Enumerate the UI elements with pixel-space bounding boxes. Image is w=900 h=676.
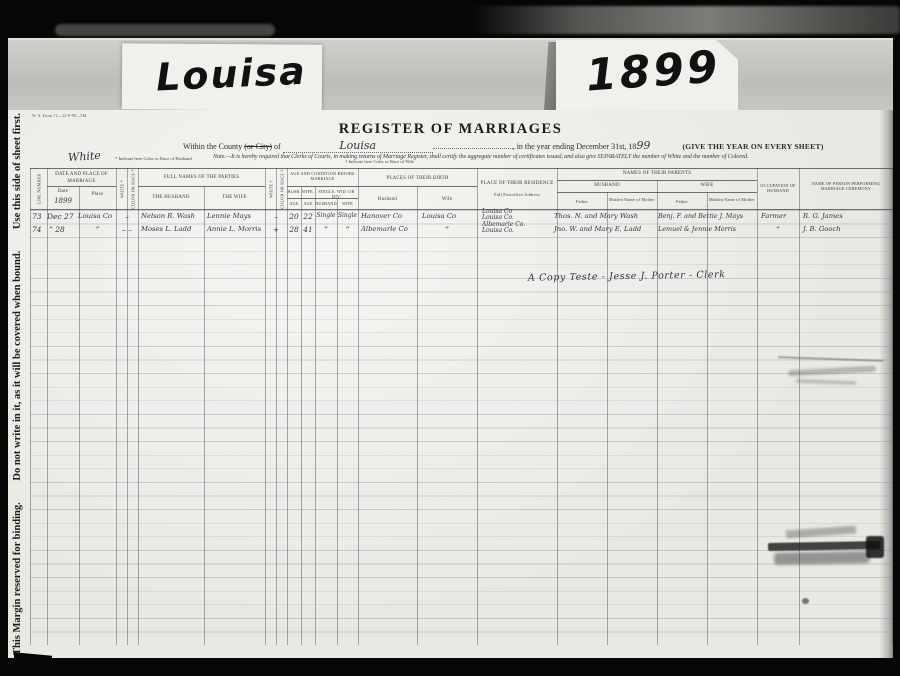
row2-line-no: 74 — [32, 225, 42, 234]
clerk-instruction-note: Note.—It is hereby required that Clerks … — [213, 153, 813, 160]
row1-birth-h: Hanover Co — [361, 212, 402, 220]
row2-date: ” 28 — [49, 225, 65, 234]
row1-cond-h: Single — [315, 212, 337, 219]
grid-vline — [417, 186, 418, 645]
row1-line-no: 73 — [32, 212, 42, 221]
col-race-husband: Color or Race * — [127, 168, 138, 210]
col-line-number: Line Number — [30, 168, 47, 210]
grid-vline — [892, 168, 893, 645]
col-residence-sub: Full Postoffice Address — [477, 192, 557, 198]
tab-strip: Louisa 1899 — [8, 38, 893, 112]
col-mother-w: Maiden Name of Mother — [707, 197, 757, 202]
grid-vline — [204, 186, 205, 645]
film-streak — [55, 24, 275, 36]
grid-vline — [799, 168, 800, 645]
page-title: REGISTER OF MARRIAGES — [8, 121, 893, 138]
grid-vline — [607, 192, 608, 645]
county-line-middle: , in the year ending December 31st, 18 — [513, 142, 637, 151]
row1-husband: Nelson R. Wash — [141, 212, 195, 220]
county-label-text: Louisa — [155, 49, 308, 100]
row2-age-h: 28 — [287, 225, 301, 234]
county-line-of: of — [274, 142, 281, 151]
row2-mark-husband: – – — [116, 225, 138, 234]
row1-cond-w: Single — [337, 212, 358, 219]
row2-cond-h: ” — [315, 225, 337, 234]
col-age-condition: Age and Condition before Marriage — [287, 171, 358, 182]
row1-occupation: Farmer — [761, 212, 786, 220]
film-streak — [470, 6, 900, 34]
col-residence: Place of Their Residence — [477, 181, 557, 188]
col-father-h: Father — [557, 199, 607, 204]
grid-vline — [315, 186, 316, 645]
county-line-struck: (or City) — [244, 142, 272, 151]
col-father-w: Father — [657, 199, 707, 204]
row2-performer: J. B. Gooch — [803, 225, 841, 233]
row1-mark-husband: – — [116, 212, 138, 221]
row1-mark-wife: – — [265, 212, 287, 221]
county-line-suffix: (GIVE THE YEAR ON EVERY SHEET) — [682, 142, 823, 151]
county-fill-line: Within the County (or City) of Louisa, i… — [183, 139, 824, 153]
ink-blot — [866, 536, 884, 558]
margin-note-part2: Do not write in it, as it will be covere… — [12, 251, 23, 481]
row1-age-h: 20 — [287, 212, 301, 221]
row1-place: Louisa Co — [78, 212, 112, 220]
row1-age-w: 22 — [301, 212, 315, 221]
grid-hline — [287, 186, 358, 187]
race-annotation-handwritten: White — [68, 149, 102, 164]
row2-birth-h: Albemarle Co — [361, 225, 408, 233]
col-white-husband: White * — [116, 168, 127, 210]
grid-hline — [358, 186, 477, 187]
grid-vline — [757, 168, 758, 645]
grid-vline — [265, 168, 266, 645]
binding-margin-note: This Margin reserved for binding. Do not… — [10, 113, 25, 655]
row2-wife: Annie L. Morris — [207, 225, 261, 233]
row2-parents-h: Jno. W. and Mary E. Ladd — [554, 225, 641, 233]
grid-vline — [657, 180, 658, 645]
grid-vline — [337, 198, 338, 645]
margin-note-part3: Use this side of sheet first. — [12, 113, 23, 229]
col-place: Place — [79, 192, 116, 199]
col-parents: Names of Their Parents — [557, 171, 757, 178]
row1-wife: Lennie Mays — [207, 212, 251, 220]
margin-note-part1: This Margin reserved for binding. — [12, 502, 23, 655]
col-parents-wife: Wife — [657, 183, 757, 190]
ruled-body — [30, 210, 893, 645]
col-wife-abbr: Wife. — [301, 189, 315, 194]
col-birth: Places of Their Birth — [358, 176, 477, 183]
col-mother-h: Maiden Name of Mother — [607, 197, 657, 202]
footnote-husband: * Indicate here Color or Race of Husband — [115, 156, 192, 161]
row2-birth-w: ” — [417, 225, 477, 234]
row2-cond-w: ” — [337, 225, 358, 234]
grid-vline — [287, 168, 288, 645]
grid-hline — [30, 209, 893, 210]
row1-parents-h: Thos. N. and Mary Wash — [554, 212, 638, 220]
grid-hline — [138, 186, 265, 187]
grid-vline — [707, 192, 708, 645]
col-white-wife: White † — [265, 168, 276, 210]
year-label-text: 1899 — [584, 41, 722, 101]
row2-place: ” — [79, 225, 116, 234]
grid-vline — [276, 168, 277, 645]
grid-vline — [116, 168, 117, 645]
col-age-husband: Age — [287, 201, 301, 206]
col-age-wife: Age — [301, 201, 315, 206]
year-handwritten: 99 — [636, 139, 650, 152]
row2-husband: Moses L. Ladd — [141, 225, 191, 233]
ink-blot — [774, 551, 870, 565]
col-performer: Name of Person Performing Marriage Cerem… — [799, 181, 893, 192]
grid-vline — [127, 168, 128, 645]
grid-hline — [557, 192, 757, 193]
row1-birth-w: Louisa Co — [422, 212, 456, 220]
date-year-handwritten: 1899 — [47, 197, 79, 205]
row1-date: Dec 27 — [47, 212, 74, 221]
col-full-names: Full Names of the Parties — [138, 175, 265, 182]
col-date-place: Date and Place of Marriage — [47, 172, 116, 185]
ink-dot — [802, 598, 809, 604]
grid-hline — [47, 186, 116, 187]
col-husband-name: The Husband — [138, 195, 204, 202]
col-birth-husband: Husband — [358, 197, 417, 204]
grid-hline — [557, 180, 757, 181]
col-birth-wife: Wife — [417, 197, 477, 204]
county-handwritten: Louisa — [339, 139, 376, 152]
row1-residence: Louisa Co Louisa Co. — [482, 209, 514, 222]
grid-vline — [358, 168, 359, 645]
grid-vline — [301, 186, 302, 645]
grid-vline — [557, 168, 558, 645]
row1-parents-w: Benj. F. and Bettie J. Mays — [658, 212, 743, 220]
col-husb-abbr: Husb. — [287, 189, 301, 194]
col-parents-husband: Husband — [557, 183, 657, 190]
footnote-wife: † Indicate here Color or Race of Wife — [345, 159, 414, 164]
col-race-wife: Color or Race † — [276, 168, 287, 210]
grid-vline — [79, 186, 80, 645]
row2-mark-wife: + — [265, 225, 287, 234]
row1-performer: R. G. James — [803, 212, 843, 220]
grid-vline — [30, 168, 31, 645]
grid-vline — [138, 168, 139, 645]
county-label-card: Louisa — [122, 43, 322, 110]
year-label-card: 1899 — [556, 40, 738, 110]
row2-occupation: ” — [757, 225, 799, 234]
col-occupation: Occupation of Husband — [757, 183, 799, 194]
grid-vline — [47, 168, 48, 645]
county-line-prefix: Within the County — [183, 142, 242, 151]
grid-hline — [30, 168, 893, 169]
marriage-register-table: Line Number Date and Place of Marriage D… — [30, 168, 893, 645]
grid-vline — [477, 168, 478, 645]
col-wife-name: The Wife — [204, 195, 265, 202]
col-date: Date — [47, 189, 79, 196]
microfilm-scan: Louisa 1899 W. S. Form 71—12-8-98—5M. RE… — [0, 0, 900, 676]
row2-parents-w: Lemuel & Jennie Morris — [658, 225, 736, 233]
row2-age-w: 41 — [301, 225, 315, 234]
col-cond-husband: Husband — [315, 201, 337, 206]
form-number: W. S. Form 71—12-8-98—5M. — [32, 113, 88, 118]
col-single-wid-div: Single, Wid. or Div. — [315, 189, 358, 200]
col-cond-wife: Wife — [337, 201, 358, 206]
row2-residence: Albemarle Co. Louisa Co. — [482, 222, 525, 235]
